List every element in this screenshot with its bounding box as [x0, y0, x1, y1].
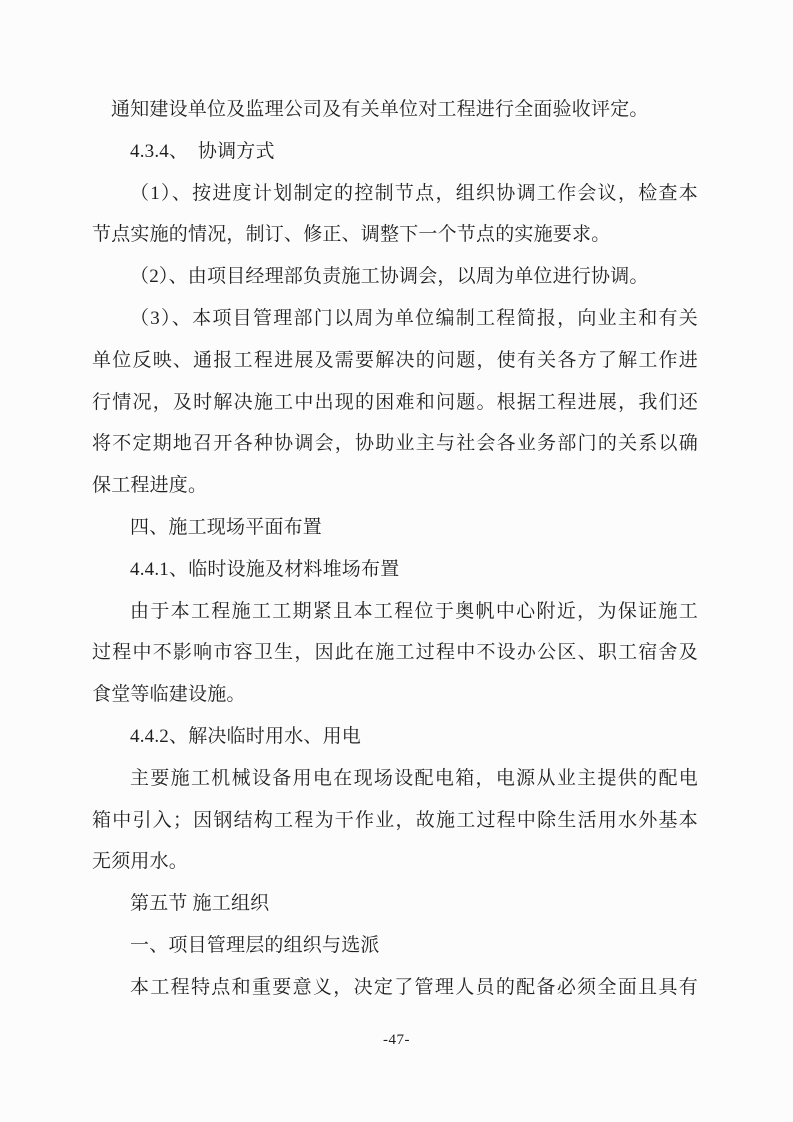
- text-line: 本工程特点和重要意义，决定了管理人员的配备必须全面且具有: [92, 967, 698, 1009]
- text-line: 过程中不影响市容卫生，因此在施工过程中不设办公区、职工宿舍及: [92, 632, 698, 674]
- text-line: （1）、按进度计划制定的控制节点，组织协调工作会议，检查本: [92, 173, 698, 215]
- text-line: 4.3.4、 协调方式: [92, 131, 698, 173]
- text-line: 通知建设单位及监理公司及有关单位对工程进行全面验收评定。: [92, 89, 698, 131]
- text-line: （2）、由项目经理部负责施工协调会，以周为单位进行协调。: [92, 256, 698, 298]
- text-line: 将不定期地召开各种协调会，协助业主与社会各业务部门的关系以确: [92, 423, 698, 465]
- text-line: 4.4.2、解决临时用水、用电: [92, 716, 698, 758]
- text-line: 4.4.1、临时设施及材料堆场布置: [92, 549, 698, 591]
- page-number: -47-: [0, 1030, 793, 1050]
- text-line: 单位反映、通报工程进展及需要解决的问题，使有关各方了解工作进: [92, 340, 698, 382]
- text-line: 一、项目管理层的组织与选派: [92, 925, 698, 967]
- document-page: 通知建设单位及监理公司及有关单位对工程进行全面验收评定。4.3.4、 协调方式（…: [0, 0, 793, 1122]
- text-line: 食堂等临建设施。: [92, 674, 698, 716]
- text-line: 保工程进度。: [92, 465, 698, 507]
- text-line: 无须用水。: [92, 841, 698, 883]
- text-line: （3）、本项目管理部门以周为单位编制工程简报，向业主和有关: [92, 298, 698, 340]
- text-line: 节点实施的情况，制订、修正、调整下一个节点的实施要求。: [92, 214, 698, 256]
- text-line: 行情况，及时解决施工中出现的困难和问题。根据工程进展，我们还: [92, 382, 698, 424]
- document-body: 通知建设单位及监理公司及有关单位对工程进行全面验收评定。4.3.4、 协调方式（…: [92, 89, 698, 1009]
- text-line: 箱中引入；因钢结构工程为干作业，故施工过程中除生活用水外基本: [92, 800, 698, 842]
- text-line: 第五节 施工组织: [92, 883, 698, 925]
- text-line: 由于本工程施工工期紧且本工程位于奥帆中心附近，为保证施工: [92, 591, 698, 633]
- text-line: 主要施工机械设备用电在现场设配电箱，电源从业主提供的配电: [92, 758, 698, 800]
- text-line: 四、施工现场平面布置: [92, 507, 698, 549]
